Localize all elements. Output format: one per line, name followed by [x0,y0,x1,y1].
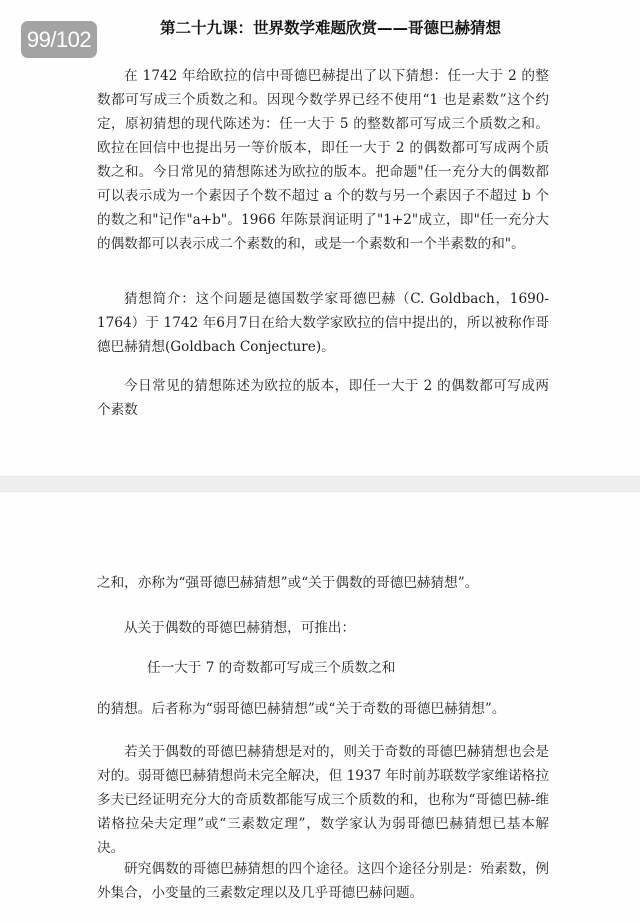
paragraph-euler-version: 今日常见的猜想陈述为欧拉的版本，即任一大于 2 的偶数都可写成两个素数 [97,374,549,422]
document-title: 第二十九课：世界数学难题欣赏——哥德巴赫猜想 [160,16,501,38]
paragraph-odd-statement: 任一大于 7 的奇数都可写成三个质数之和 [147,656,599,680]
page-separator [0,476,640,492]
paragraph-conjecture-intro: 猜想简介：这个问题是德国数学家哥德巴赫（C. Goldbach，1690-176… [97,287,549,359]
paragraph-weak-goldbach: 的猜想。后者称为“弱哥德巴赫猜想”或“关于奇数的哥德巴赫猜想”。 [97,697,549,721]
paragraph-vinogradov: 若关于偶数的哥德巴赫猜想是对的，则关于奇数的哥德巴赫猜想也会是对的。弱哥德巴赫猜… [97,740,549,860]
paragraph-four-approaches: 研究偶数的哥德巴赫猜想的四个途径。这四个途径分别是：殆素数，例外集合，小变量的三… [97,857,549,905]
paragraph-strong-goldbach: 之和，亦称为“强哥德巴赫猜想”或“关于偶数的哥德巴赫猜想”。 [97,571,549,595]
page-indicator-badge: 99/102 [21,21,97,58]
document-page-99: 第二十九课：世界数学难题欣赏——哥德巴赫猜想 在 1742 年给欧拉的信中哥德巴… [0,0,640,476]
paragraph-derivation: 从关于偶数的哥德巴赫猜想，可推出： [97,616,549,640]
paragraph-goldbach-letter: 在 1742 年给欧拉的信中哥德巴赫提出了以下猜想：任一大于 2 的整数都可写成… [97,64,549,256]
